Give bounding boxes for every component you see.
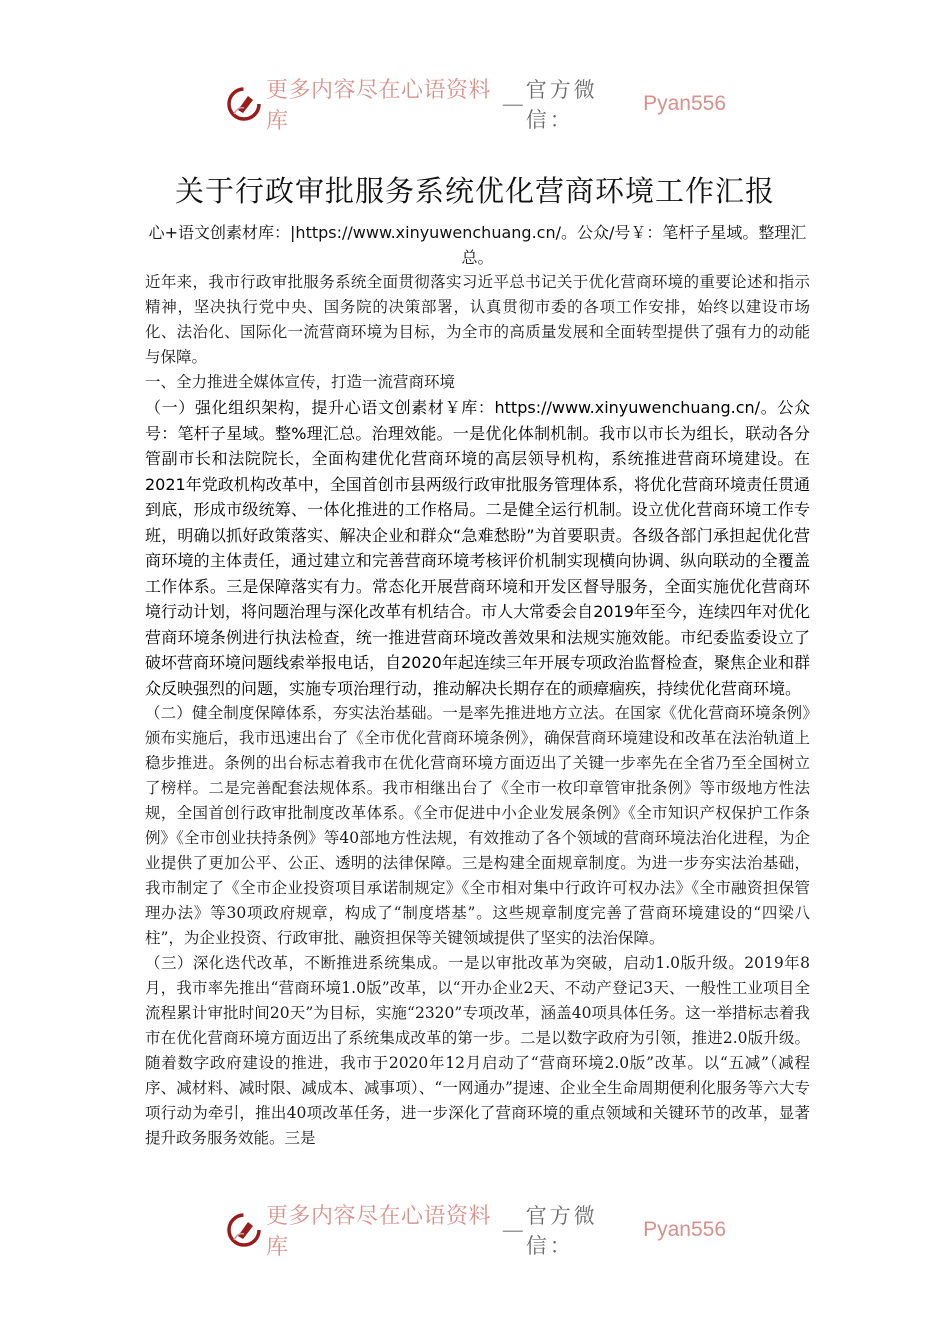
paragraph-section-1-2: （二）健全制度保障体系，夯实法治基础。一是率先推进地方立法。在国家《优化营商环境… [145, 701, 810, 951]
wechat-label: 官方微信： [526, 74, 639, 134]
wechat-id: Pyan556 [643, 92, 726, 116]
document-body: 近年来，我市行政审批服务系统全面贯彻落实习近平总书记关于优化营商环境的重要论述和… [145, 270, 810, 1151]
paragraph-section-1-3: （三）深化迭代改革，不断推进系统集成。一是以审批改革为突破，启动1.0版升级。2… [145, 951, 810, 1151]
wechat-label: 官方微信： [526, 1200, 639, 1260]
banner-dash: — [502, 92, 524, 117]
wechat-id: Pyan556 [643, 1218, 726, 1242]
banner-dash: — [502, 1218, 524, 1243]
paragraph-intro: 近年来，我市行政审批服务系统全面贯彻落实习近平总书记关于优化营商环境的重要论述和… [145, 270, 810, 370]
header-banner: 更多内容尽在心语资料库 — 官方微信： Pyan556 [226, 84, 726, 124]
footer-banner: 更多内容尽在心语资料库 — 官方微信： Pyan556 [226, 1210, 726, 1250]
document-title: 关于行政审批服务系统优化营商环境工作汇报 [0, 169, 950, 210]
section-heading-1: 一、全力推进全媒体宣传，打造一流营商环境 [145, 370, 810, 395]
pen-nib-circle-icon [226, 86, 262, 122]
pen-nib-circle-icon [226, 1212, 262, 1248]
paragraph-section-1-1: （一）强化组织架构，提升心语文创素材￥库：https://www.xinyuwe… [145, 395, 810, 701]
banner-text: 更多内容尽在心语资料库 [266, 73, 500, 135]
source-line: 心+语文创素材库：|https://www.xinyuwenchuang.cn/… [145, 220, 810, 270]
banner-text: 更多内容尽在心语资料库 [266, 1199, 500, 1261]
